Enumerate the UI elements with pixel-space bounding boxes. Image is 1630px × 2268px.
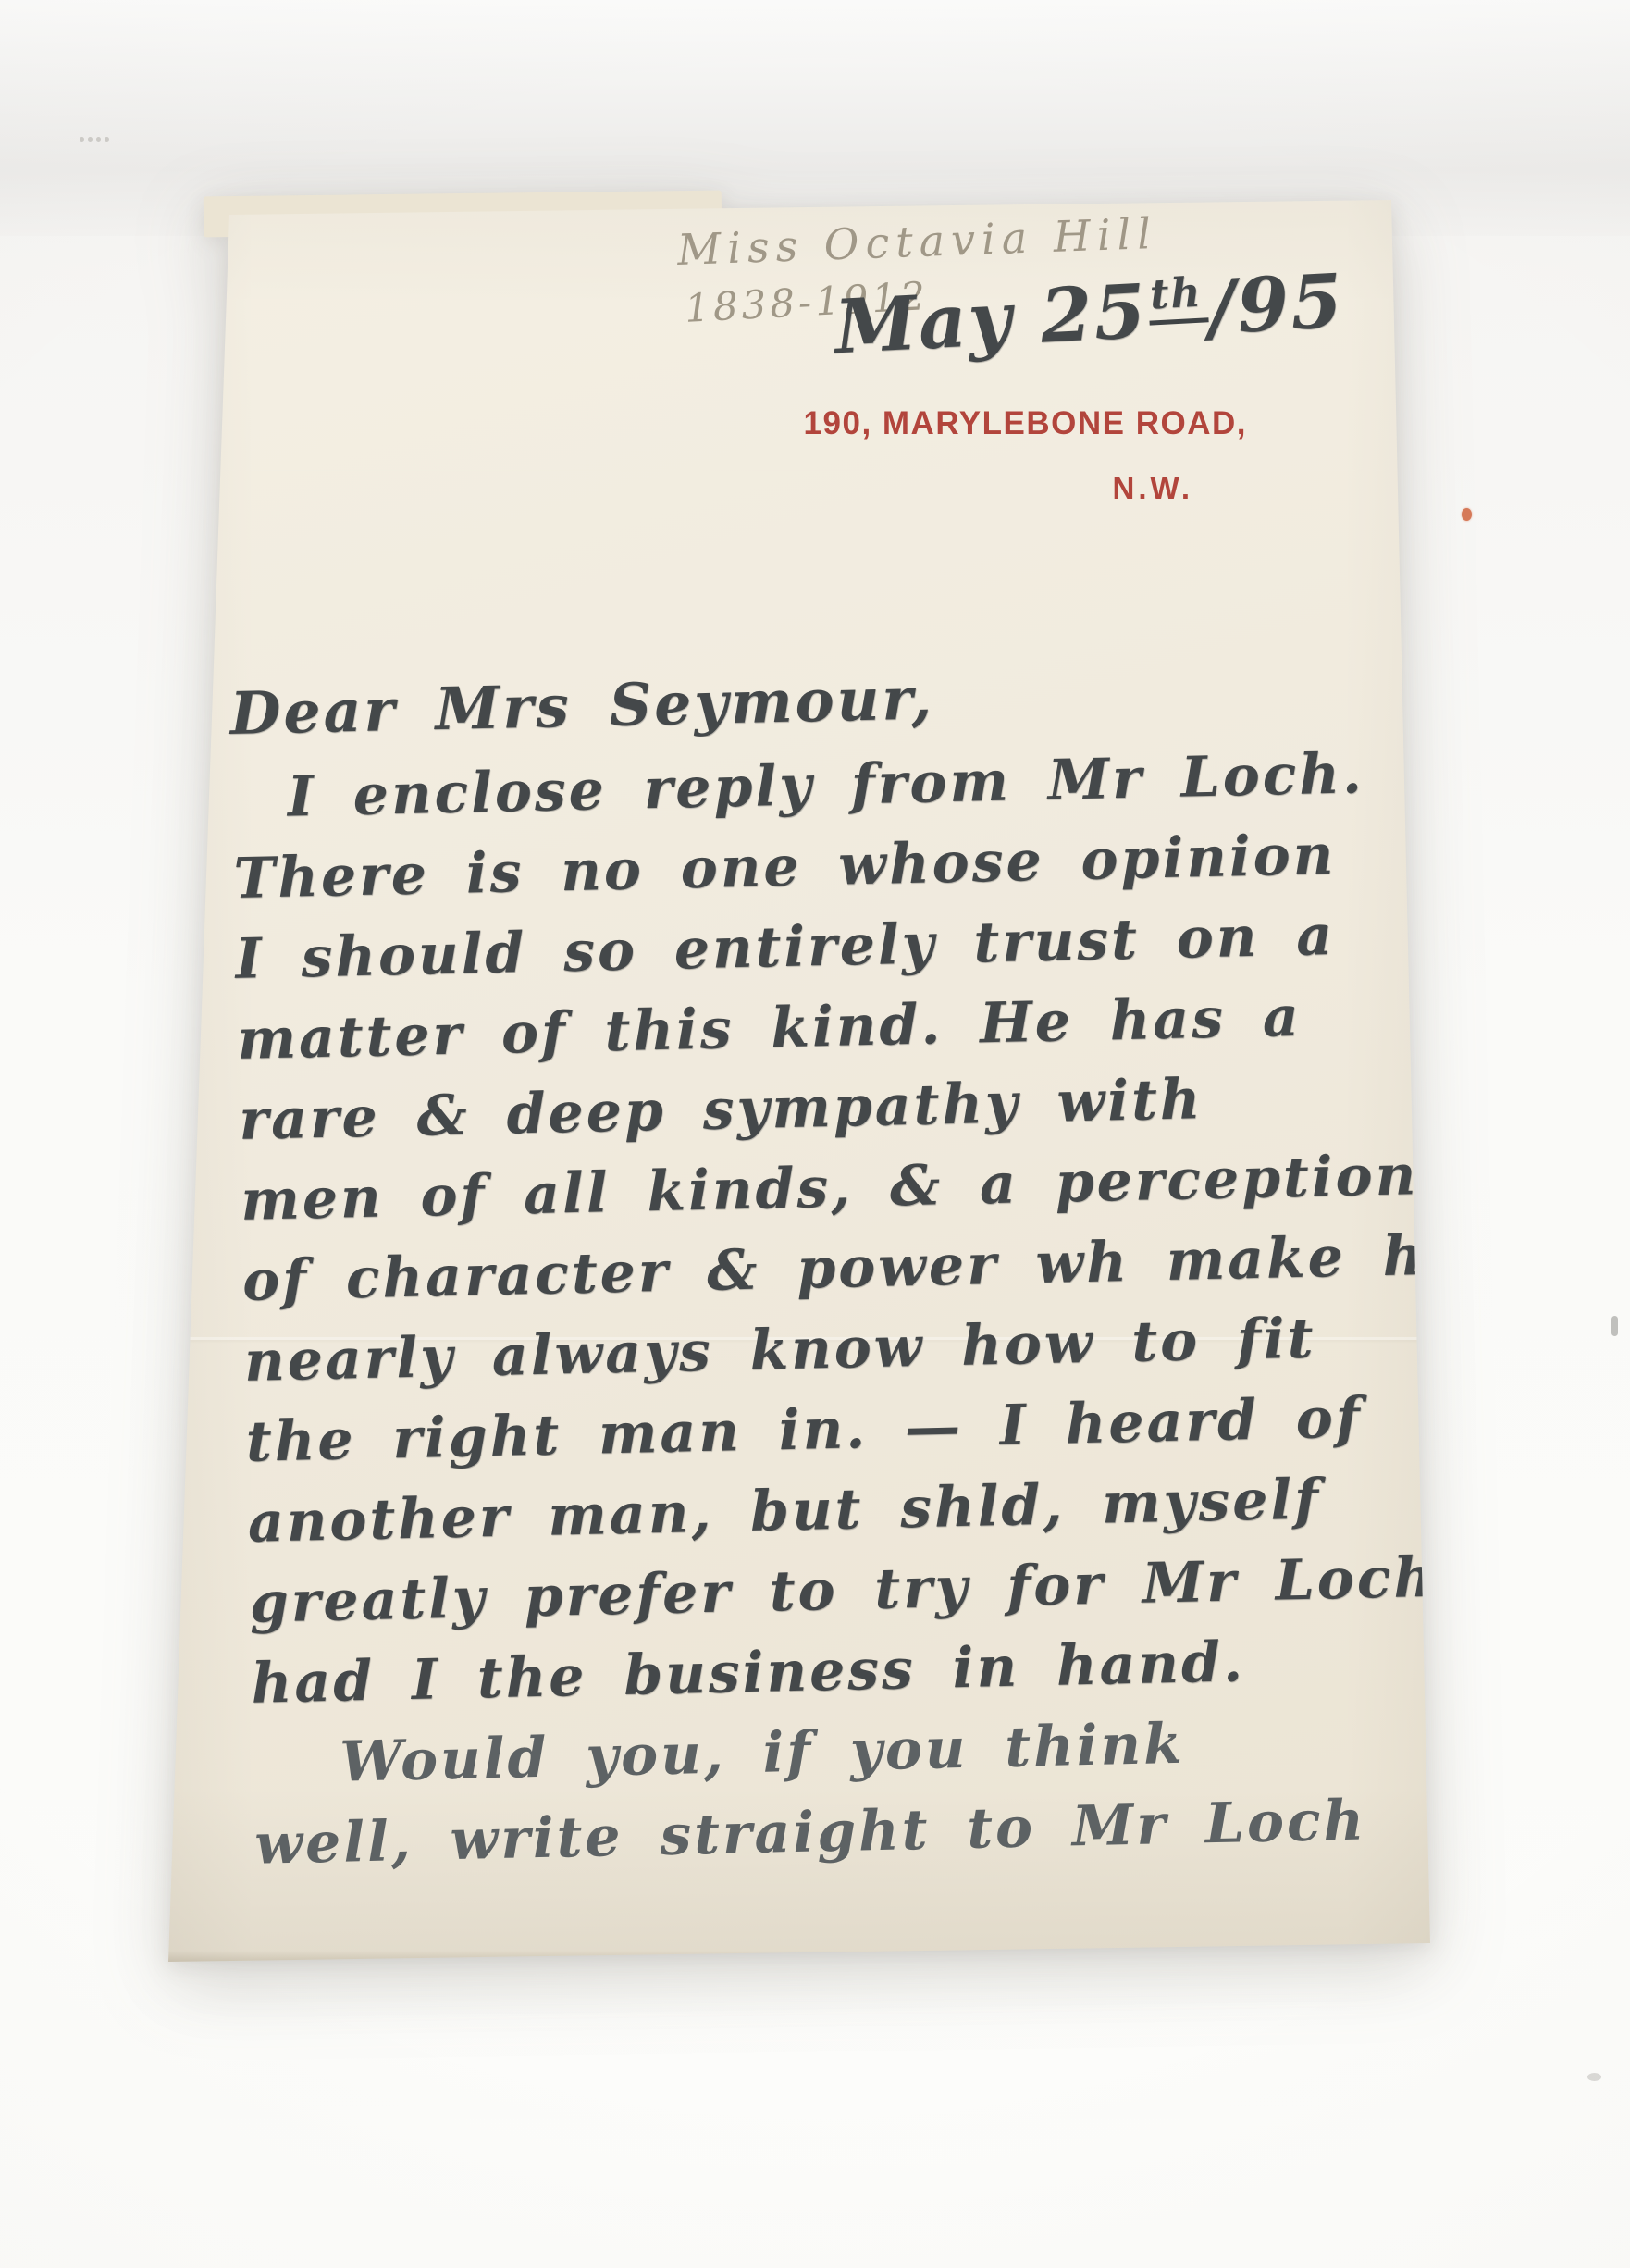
letter-paper-wrap: Miss Octavia Hill 1838-1912 May 25th/95 … xyxy=(167,200,1432,1964)
photo-artifact xyxy=(1611,1316,1618,1336)
letter-paper: Miss Octavia Hill 1838-1912 May 25th/95 … xyxy=(167,200,1432,1964)
date-day-month: May 25 xyxy=(833,267,1150,371)
photo-artifact xyxy=(1462,508,1472,521)
letterhead-address: 190, MARYLEBONE ROAD, xyxy=(804,405,1247,442)
photo-backdrop: Miss Octavia Hill 1838-1912 May 25th/95 … xyxy=(0,0,1630,2268)
letterhead-district: N.W. xyxy=(1113,471,1194,506)
photo-artifact xyxy=(1587,2073,1601,2081)
letter-body: Dear Mrs Seymour, I enclose reply from M… xyxy=(229,653,1435,1893)
date-ordinal: th xyxy=(1147,268,1209,325)
date-year: /95 xyxy=(1206,257,1346,352)
paper-bottom-edge xyxy=(167,1951,1432,1964)
photo-artifact xyxy=(80,137,109,142)
